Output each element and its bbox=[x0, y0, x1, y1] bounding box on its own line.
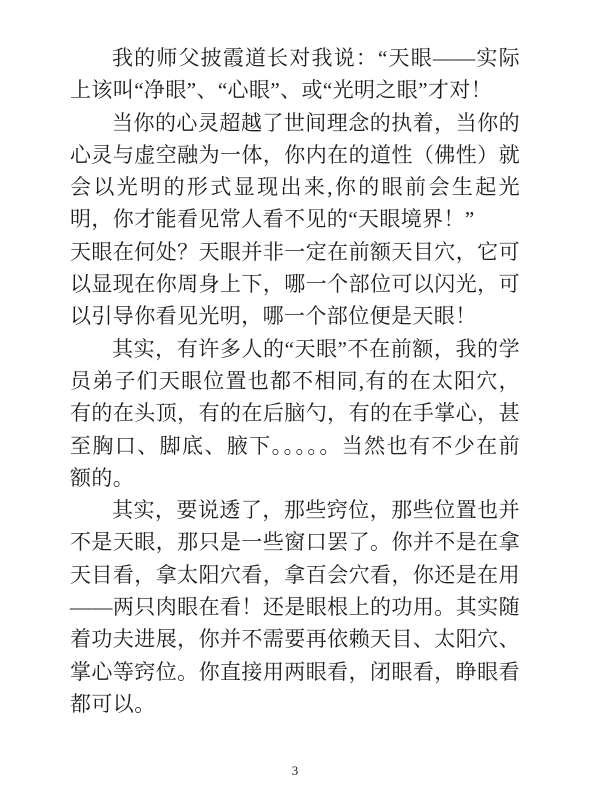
paragraph-3: 天眼在何处？天眼并非一定在前额天目穴，它可以显现在你周身上下，哪一个部位可以闪光… bbox=[70, 236, 520, 333]
text-block: 我的师父披霞道长对我说：“天眼——实际上该叫“净眼”、“心眼”、或“光明之眼”才… bbox=[70, 42, 520, 720]
page-number: 3 bbox=[0, 763, 590, 779]
paragraph-5: 其实，要说透了，那些窍位，那些位置也并不是天眼，那只是一些窗口罢了。你并不是在拿… bbox=[70, 494, 520, 720]
paragraph-2: 当你的心灵超越了世间理念的执着，当你的心灵与虚空融为一体，你内在的道性（佛性）就… bbox=[70, 107, 520, 236]
paragraph-1: 我的师父披霞道长对我说：“天眼——实际上该叫“净眼”、“心眼”、或“光明之眼”才… bbox=[70, 42, 520, 107]
paragraph-4: 其实，有许多人的“天眼”不在前额，我的学员弟子们天眼位置也都不相同,有的在太阳穴… bbox=[70, 333, 520, 494]
document-page: 我的师父披霞道长对我说：“天眼——实际上该叫“净眼”、“心眼”、或“光明之眼”才… bbox=[0, 0, 590, 808]
